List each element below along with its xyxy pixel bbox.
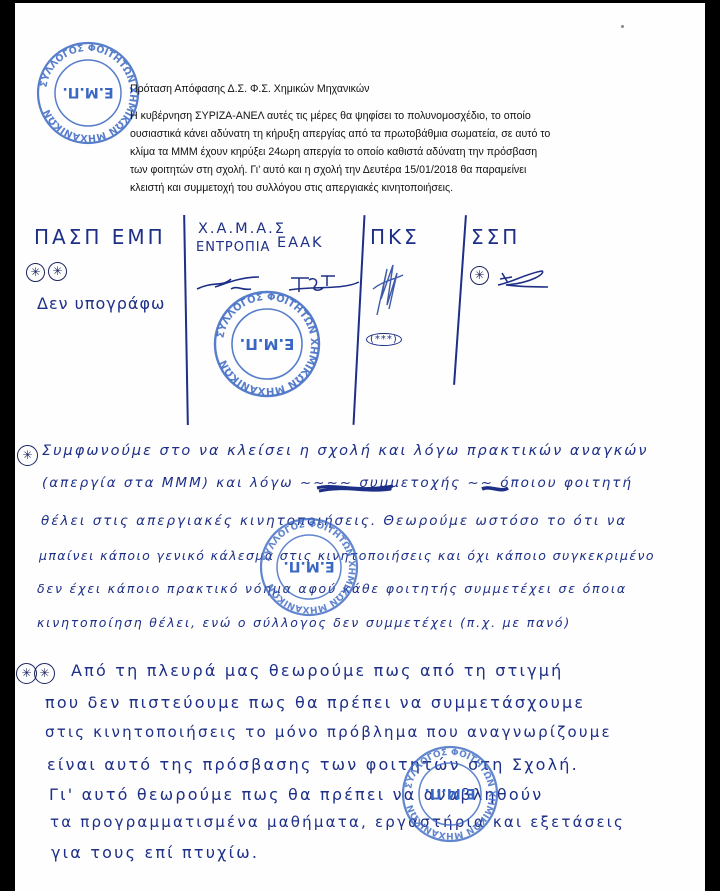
pks-marks: (***) xyxy=(366,333,402,346)
svg-text:Ε.Μ.Π.: Ε.Μ.Π. xyxy=(240,335,295,353)
svg-text:Ε.Μ.Π.: Ε.Μ.Π. xyxy=(62,84,113,100)
faction-name-pasp: ΠΑΣΠ ΕΜΠ xyxy=(34,225,166,249)
signature-pks xyxy=(367,259,407,319)
column-divider xyxy=(353,215,366,425)
faction-name-pks: ΠΚΣ xyxy=(370,225,420,249)
asterisk-circle-icon: ✳ xyxy=(48,262,67,281)
faction-name-xamas: Χ.Α.Μ.Α.Σ xyxy=(198,221,286,237)
column-divider xyxy=(453,215,467,385)
scratched-out-word xyxy=(480,483,510,495)
pasp-note: Δεν υπογράφω xyxy=(37,294,165,313)
asterisk-circle-icon: ✳ xyxy=(34,663,55,684)
note-double-line: τα προγραμματισμένα μαθήματα, εργαστήρια… xyxy=(50,813,625,831)
faction-name-ssp: ΣΣΠ xyxy=(471,225,520,249)
note-double-line: για τους επί πτυχίω. xyxy=(51,843,259,862)
proposal-line: ουσιαστικά κάνει αδύνατη τη κήρυξη απεργ… xyxy=(130,126,550,144)
asterisk-circle-icon: ✳ xyxy=(470,266,489,285)
scan-speck xyxy=(621,25,624,28)
asterisk-circle-icon: ✳ xyxy=(17,445,38,466)
signature-ssp xyxy=(492,263,552,293)
note-double-line: Από τη πλευρά μας θεωρούμε πως από τη στ… xyxy=(71,661,563,680)
note-double-line: που δεν πιστεύουμε πως θα πρέπει να συμμ… xyxy=(45,693,585,712)
association-stamp-bottom: ΣΥΛΛΟΓΟΣ ΦΟΙΤΗΤΩΝ ΧΗΜΙΚΩΝ ΜΗΧΑΝΙΚΩΝ Ε.Μ.… xyxy=(397,741,503,847)
association-stamp-top: ΣΥΛΛΟΓΟΣ ΦΟΙΤΗΤΩΝ ΧΗΜΙΚΩΝ ΜΗΧΑΝΙΚΩΝ Ε.Μ.… xyxy=(32,37,144,149)
faction-name-entropia: ΕΝΤΡΟΠΙΑ xyxy=(196,240,270,255)
svg-text:Ε.Μ.Π.: Ε.Μ.Π. xyxy=(283,558,334,574)
proposal-line: των φοιτητών στη σχολή. Γι’ αυτό και η σ… xyxy=(130,162,526,180)
faction-name-eaak: ΕΑΑΚ xyxy=(277,235,324,251)
note-double-line: στις κινητοποιήσεις το μόνο πρόβλημα που… xyxy=(45,723,612,741)
proposal-line: Η κυβέρνηση ΣΥΡΙΖΑ-ΑΝΕΛ αυτές τις μέρες … xyxy=(130,108,531,126)
scratched-out-word xyxy=(315,481,395,495)
association-stamp-middle: ΣΥΛΛΟΓΟΣ ΦΟΙΤΗΤΩΝ ΧΗΜΙΚΩΝ ΜΗΧΑΝΙΚΩΝ Ε.Μ.… xyxy=(208,285,326,403)
note-single-line: Συμφωνούμε στο να κλείσει η σχολή και λό… xyxy=(42,443,648,459)
asterisk-circle-icon: ✳ xyxy=(26,263,45,282)
scanned-document-page: ΣΥΛΛΟΓΟΣ ΦΟΙΤΗΤΩΝ ΧΗΜΙΚΩΝ ΜΗΧΑΝΙΚΩΝ Ε.Μ.… xyxy=(15,3,705,891)
proposal-line: κλίμα τα ΜΜΜ έχουν κηρύξει 24ωρη απεργία… xyxy=(130,144,537,162)
association-stamp-notes: ΣΥΛΛΟΓΟΣ ΦΟΙΤΗΤΩΝ ΧΗΜΙΚΩΝ ΜΗΧΑΝΙΚΩΝ Ε.Μ.… xyxy=(255,513,363,621)
column-divider xyxy=(183,215,189,425)
proposal-title: Πρόταση Απόφασης Δ.Σ. Φ.Σ. Χημικών Μηχαν… xyxy=(130,81,369,99)
proposal-line: κλειστή και συμμετοχή του συλλόγου στις … xyxy=(130,180,453,198)
svg-text:Ε.Μ.Π.: Ε.Μ.Π. xyxy=(424,785,475,801)
